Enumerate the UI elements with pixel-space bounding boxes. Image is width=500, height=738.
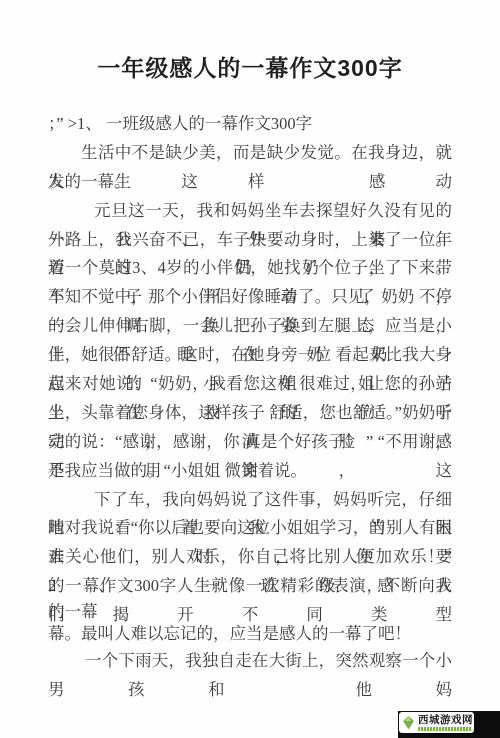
- document-body: ；” >1、 一班级感人的一幕作文300字 生活中不是缺少美，而是缺少发觉。在我…: [48, 110, 452, 676]
- document-page: 一年级感人的一幕作文300字 ；” >1、 一班级感人的一幕作文300字 生活中…: [0, 0, 500, 738]
- text-line: 生活中不是缺少美，而是缺少发觉。在我身边，就发生这样 感动: [48, 139, 452, 168]
- text-line: 不知不觉中，那个小伴侣好像睡着了。只见，奶奶 不停的调换姿态，: [48, 283, 452, 312]
- text-line: 下了车，我向妈妈说了这件事，妈妈听完，仔细地看着我 的眼: [48, 486, 452, 515]
- watermark-logo: 西城游戏网: [399, 712, 474, 733]
- text-line: 一个下雨天，我独自走在大街上，突然观察一个小男孩和 他妈: [48, 647, 452, 676]
- gem-icon: [401, 715, 416, 730]
- text-line: 一路上，我兴奋不已，车子快要动身时，上来了一位年迈的 奶奶，带: [48, 226, 452, 255]
- text-line: 的一幕作文300字人生就像一次精彩的表演，不断向我们揭开不同类型: [48, 572, 452, 601]
- text-line: 去关心他们，别人欢乐，你自己将比别人更加欢乐！” 2、 一班级感人: [48, 543, 452, 572]
- text-line: 上，头靠着您身体，这样孩子 舒适，您也舒适。”奶奶听完，满脸感: [48, 399, 452, 428]
- text-line: ；” >1、 一班级感人的一幕作文300字: [48, 110, 452, 139]
- title-suffix: 字: [379, 56, 403, 81]
- watermark: 西城游戏网: [398, 711, 500, 738]
- text-line: 睛对我说：“你以后也要向这位小姐姐学习，当别人有困难 时，你要: [48, 514, 452, 543]
- text-line: 动的说：“感谢，感谢，你 真是个好孩子！ ” “不用谢，不用谢，这: [48, 428, 452, 457]
- text-line: 起来对她说：“奶奶，我看您这样 很难过，让您的孙子坐在我的位子: [48, 370, 452, 399]
- watermark-site-name: 西城游戏网: [418, 715, 473, 726]
- watermark-tagline-bar: [418, 727, 472, 731]
- text-line: 一会儿伸伸右脚，一会儿把孙子换到左腿上，应当是小伴侣睡在奶奶身: [48, 312, 452, 341]
- text-line: 幕。最叫人难以忘记的，应当是感人的一幕了吧！: [48, 623, 452, 647]
- watermark-text-column: 西城游戏网: [418, 715, 473, 731]
- text-line: 元旦这一天，我和妈妈坐车去探望好久没有见的外公、外 婆。: [48, 197, 452, 226]
- text-line: 着一个莫过3、4岁的小伴侣，她找了个位子坐了下来。 车子开动了，: [48, 254, 452, 283]
- text-line: 上，她很不舒适。这时，在她身旁一位 看起来比我大一点的小姐姐站: [48, 341, 452, 370]
- page-title: 一年级感人的一幕作文300字: [0, 50, 500, 87]
- title-number: 300: [337, 55, 378, 81]
- title-text: 一年级感人的一幕作文: [97, 56, 337, 81]
